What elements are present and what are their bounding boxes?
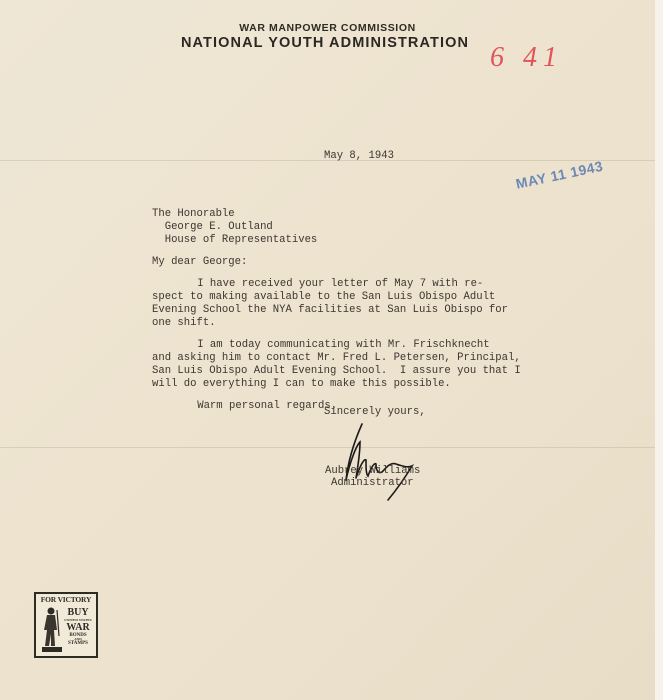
- emblem-header: FOR VICTORY: [37, 595, 95, 604]
- body-line: and asking him to contact Mr. Fred L. Pe…: [152, 352, 521, 366]
- body-line: I am today communicating with Mr. Frisch…: [140, 339, 490, 353]
- letterhead-agency: WAR MANPOWER COMMISSION: [0, 22, 655, 34]
- body-line: San Luis Obispo Adult Evening School. I …: [152, 365, 521, 379]
- body-line: spect to making available to the San Lui…: [152, 291, 495, 305]
- minuteman-icon: [40, 606, 64, 654]
- recipient-line: George E. Outland: [152, 221, 273, 235]
- emblem-text: BUY UNITED STATES WAR BONDS AND STAMPS: [63, 608, 93, 646]
- scan-edge: [655, 0, 663, 700]
- signer-title: Administrator: [331, 477, 414, 491]
- letter-page: WAR MANPOWER COMMISSION NATIONAL YOUTH A…: [0, 0, 655, 700]
- letter-date: May 8, 1943: [324, 150, 394, 164]
- body-line: will do everything I can to make this po…: [152, 378, 451, 392]
- body-line: I have received your letter of May 7 wit…: [140, 278, 483, 292]
- salutation: My dear George:: [152, 256, 247, 270]
- body-line: one shift.: [152, 317, 216, 331]
- recipient-line: House of Representatives: [152, 234, 317, 248]
- handwritten-file-number: 6 41: [490, 42, 563, 74]
- received-date-stamp: MAY 11 1943: [514, 158, 604, 192]
- war-bonds-emblem: FOR VICTORY BUY UNITED STATES WAR BONDS …: [34, 592, 98, 658]
- paper-fold: [0, 447, 655, 448]
- recipient-line: The Honorable: [152, 208, 235, 222]
- complimentary-close: Sincerely yours,: [324, 406, 426, 420]
- closing-remark: Warm personal regards.: [140, 400, 337, 414]
- body-line: Evening School the NYA facilities at San…: [152, 304, 508, 318]
